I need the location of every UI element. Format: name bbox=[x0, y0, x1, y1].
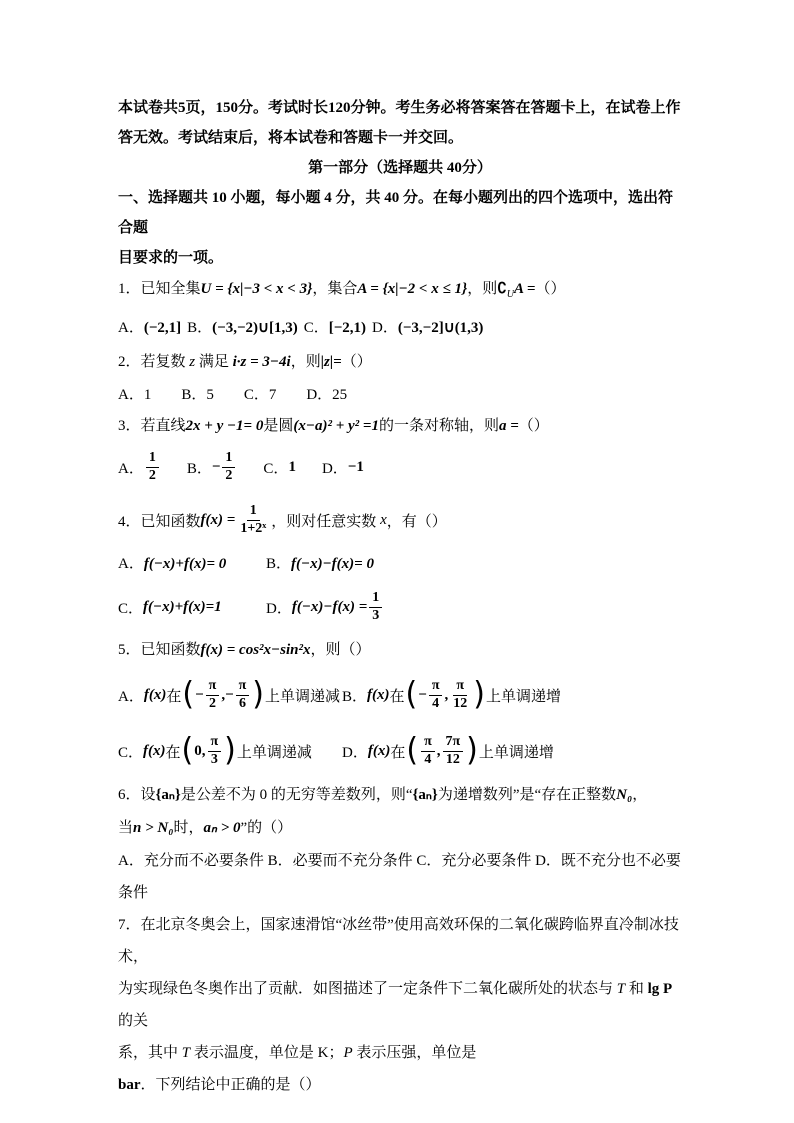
fraction-denominator: 2 bbox=[206, 696, 219, 713]
q3-text-2: 是圆 bbox=[263, 418, 293, 434]
part-one-title: 第一部分（选择题共 40分） bbox=[118, 153, 682, 183]
q6-text-3: 为递增数列”是“存在正整数 bbox=[438, 787, 616, 803]
question-1-options: A．(−2,1]B．(−3,−2)∪[1,3)C．[−2,1)D．(−3,−2]… bbox=[118, 311, 682, 345]
q6-text-2: 是公差不为 0 的无穷等差数列，则“ bbox=[181, 787, 413, 803]
q4-option-d-label: D． bbox=[266, 597, 292, 618]
q3-option-c-value: 1 bbox=[288, 459, 296, 476]
q5-option-c: C．f(x)在(0,π3)上单调递减 bbox=[118, 734, 342, 769]
q4-text-1: 4．已知函数 bbox=[118, 510, 201, 531]
q7-variable-p: P bbox=[343, 1045, 352, 1061]
q5-option-a-fraction-1: π2 bbox=[206, 678, 220, 713]
fraction-numerator: π bbox=[453, 678, 467, 696]
q5-option-b-tail: 上单调递增 bbox=[486, 685, 561, 706]
question-5-stem: 5．已知函数f(x) = cos²x−sin²x，则（） bbox=[118, 633, 682, 667]
q5-option-d-tail: 上单调递增 bbox=[479, 741, 554, 762]
q2-text-3: ，则 bbox=[291, 354, 321, 370]
q4-option-d-fraction: 13 bbox=[369, 590, 382, 625]
fraction-denominator: 2 bbox=[222, 468, 235, 485]
q7-text-7: ．下列结论中正确的是（） bbox=[141, 1077, 321, 1093]
q6-sequence-notation-1: {aₙ} bbox=[156, 787, 181, 803]
q5-option-b-fraction-2: π12 bbox=[450, 678, 470, 713]
q5-option-c-sign-1: 0, bbox=[194, 743, 205, 760]
q5-option-c-fx: f(x) bbox=[143, 743, 166, 760]
q2-answer-paren: （） bbox=[342, 354, 372, 370]
q6-n-greater-formula: n > N₀ bbox=[133, 820, 173, 836]
q6-text-7: ”的（） bbox=[241, 820, 293, 836]
q6-text-5: 当 bbox=[118, 820, 133, 836]
question-1-stem: 1．已知全集U = {x|−3 < x < 3}，集合A = {x|−2 < x… bbox=[118, 273, 682, 311]
q7-bar-unit: bar bbox=[118, 1077, 141, 1093]
q1-option-a-label: A． bbox=[118, 320, 144, 336]
fraction-denominator: 6 bbox=[236, 696, 249, 713]
q1-option-c-value: [−2,1) bbox=[329, 320, 366, 336]
question-7-stem-line-2: 为实现绿色冬奥作出了贡献．如图描述了一定条件下二氧化碳所处的状态与 T 和 lg… bbox=[118, 973, 682, 1037]
fraction-denominator: 12 bbox=[443, 752, 463, 769]
q5-text-2: ，则（） bbox=[310, 642, 370, 658]
q4-option-a: A．f(−x)+f(x)= 0 bbox=[118, 547, 266, 581]
question-2-stem: 2．若复数 z 满足 i·z = 3−4i，则|z|=（） bbox=[118, 345, 682, 379]
q3-text-3: 的一条对称轴，则 bbox=[379, 418, 499, 434]
q5-option-c-label: C． bbox=[118, 741, 143, 762]
close-paren: ) bbox=[473, 679, 485, 711]
open-paren: ( bbox=[406, 735, 418, 767]
q5-option-a-label: A． bbox=[118, 685, 144, 706]
q5-option-a-fx: f(x) bbox=[144, 687, 167, 704]
q2-modulus-formula: |z|= bbox=[321, 354, 342, 370]
q3-option-d-value: −1 bbox=[348, 459, 364, 476]
q4-option-c: C．f(−x)+f(x)=1 bbox=[118, 597, 266, 618]
q7-text-4: 系，其中 bbox=[118, 1045, 182, 1061]
q5-option-b-fraction-1: π4 bbox=[429, 678, 443, 713]
question-6-options: A．充分而不必要条件 B．必要而不充分条件 C．充分必要条件 D．既不充分也不必… bbox=[118, 845, 682, 909]
question-5-options-row-2: C．f(x)在(0,π3)上单调递减 D．f(x)在(π4,7π12)上单调递增 bbox=[118, 723, 682, 779]
q5-option-c-zai: 在 bbox=[166, 741, 181, 762]
q2-text-1: 2．若复数 bbox=[118, 354, 189, 370]
fraction-denominator: 3 bbox=[369, 608, 382, 625]
q7-variable-t-2: T bbox=[182, 1045, 190, 1061]
question-6-stem-line-1: 6．设{aₙ}是公差不为 0 的无穷等差数列，则“{aₙ}为递增数列”是“存在正… bbox=[118, 779, 682, 811]
q5-option-b-label: B． bbox=[342, 685, 367, 706]
fraction-numerator: π bbox=[208, 734, 222, 752]
q3-text-1: 3．若直线 bbox=[118, 418, 186, 434]
q3-option-b-minus: − bbox=[212, 459, 221, 476]
q5-option-a-fraction-2: π6 bbox=[236, 678, 250, 713]
fraction-denominator: 12 bbox=[450, 696, 470, 713]
q3-a-equals: a = bbox=[499, 418, 519, 434]
fraction-denominator: 1+2ˣ bbox=[237, 521, 269, 538]
q7-lgp-formula: lg P bbox=[648, 981, 673, 997]
q5-option-a-separator: ,− bbox=[221, 687, 233, 704]
q1-option-b-label: B． bbox=[187, 320, 212, 336]
q5-option-a-zai: 在 bbox=[166, 685, 181, 706]
question-4-options-row-1: A．f(−x)+f(x)= 0B．f(−x)−f(x)= 0 bbox=[118, 547, 682, 581]
q1-text-1: 1．已知全集 bbox=[118, 281, 201, 297]
q7-text-1: 为实现绿色冬奥作出了贡献．如图描述了一定条件下二氧化碳所处的状态与 bbox=[118, 981, 617, 997]
fraction-numerator: π bbox=[429, 678, 443, 696]
open-paren: ( bbox=[406, 679, 418, 711]
q1-complement-subscript: U bbox=[507, 289, 514, 300]
q5-option-b-fx: f(x) bbox=[367, 687, 390, 704]
q3-option-b-label: B． bbox=[187, 457, 212, 478]
fraction-numerator: 7π bbox=[443, 734, 464, 752]
intro-line-1: 本试卷共5页，150分。考试时长120分钟。考生务必将答案答在答题卡上，在试卷上… bbox=[118, 93, 682, 123]
question-2-options: A．1 B．5 C．7 D．25 bbox=[118, 379, 682, 411]
q4-variable-x: x bbox=[380, 512, 387, 529]
q4-function-fraction: 11+2ˣ bbox=[237, 503, 269, 538]
q1-answer-paren: （） bbox=[535, 281, 565, 297]
q3-line-equation: 2x + y −1= 0 bbox=[186, 418, 264, 434]
q1-set-a-formula: A = {x|−2 < x ≤ 1} bbox=[357, 281, 467, 297]
question-3-options: A． 12 B． − 12 C． 1 D． −1 bbox=[118, 441, 682, 493]
q7-text-6: 表示压强，单位是 bbox=[353, 1045, 481, 1061]
q1-option-a-value: (−2,1] bbox=[144, 320, 181, 336]
fraction-numerator: 1 bbox=[247, 503, 260, 521]
q5-option-c-tail: 上单调递减 bbox=[237, 741, 312, 762]
question-3-stem: 3．若直线2x + y −1= 0是圆(x−a)² + y² =1的一条对称轴，… bbox=[118, 411, 682, 441]
q1-option-d-value: (−3,−2]∪(1,3) bbox=[398, 320, 484, 336]
q1-text-3: ，则 bbox=[467, 281, 497, 297]
q6-an-positive-formula: aₙ > 0 bbox=[203, 820, 240, 836]
q3-answer-paren: （） bbox=[519, 418, 549, 434]
q6-text-1: 6．设 bbox=[118, 787, 156, 803]
q5-option-b-sign-1: − bbox=[418, 687, 427, 704]
q5-option-d-fraction-2: 7π12 bbox=[443, 734, 464, 769]
fraction-numerator: 1 bbox=[222, 450, 235, 468]
q6-text-4: ， bbox=[632, 787, 647, 803]
q1-universal-set-formula: U = {x|−3 < x < 3} bbox=[201, 281, 313, 297]
q5-option-d-label: D． bbox=[342, 741, 368, 762]
q5-option-a-tail: 上单调递减 bbox=[265, 685, 340, 706]
q5-option-a-sign-1: − bbox=[195, 687, 204, 704]
q3-circle-equation: (x−a)² + y² =1 bbox=[293, 418, 379, 434]
q1-text-2: ，集合 bbox=[312, 281, 357, 297]
q4-option-a-value: f(−x)+f(x)= 0 bbox=[144, 547, 226, 581]
q5-option-d-fraction-1: π4 bbox=[421, 734, 435, 769]
q1-option-b-value: (−3,−2)∪[1,3) bbox=[212, 320, 298, 336]
fraction-numerator: π bbox=[236, 678, 250, 696]
q5-option-d-fx: f(x) bbox=[368, 743, 391, 760]
fraction-denominator: 4 bbox=[429, 696, 442, 713]
q4-text-2: ，则对任意实数 bbox=[271, 510, 380, 531]
exam-page: 本试卷共5页，150分。考试时长120分钟。考生务必将答案答在答题卡上，在试卷上… bbox=[0, 0, 794, 1101]
q5-option-d-separator: , bbox=[437, 743, 441, 760]
fraction-numerator: π bbox=[206, 678, 220, 696]
fraction-denominator: 3 bbox=[208, 752, 221, 769]
q6-sequence-notation-2: {aₙ} bbox=[413, 787, 438, 803]
q5-option-d-zai: 在 bbox=[390, 741, 405, 762]
question-5-options-row-1: A．f(x)在(−π2,−π6)上单调递减 B．f(x)在(−π4,π12)上单… bbox=[118, 667, 682, 723]
q4-option-a-label: A． bbox=[118, 547, 144, 581]
q6-text-6: 时， bbox=[173, 820, 203, 836]
q6-n0-symbol: N₀ bbox=[616, 787, 632, 803]
q2-text-2: 满足 bbox=[195, 354, 233, 370]
fraction-numerator: 1 bbox=[146, 450, 159, 468]
question-7-stem-line-1: 7．在北京冬奥会上，国家速滑馆“冰丝带”使用高效环保的二氧化碳跨临界直冷制冰技术… bbox=[118, 909, 682, 973]
q7-text-5: 表示温度，单位是 K； bbox=[190, 1045, 343, 1061]
q1-option-c-label: C． bbox=[304, 320, 329, 336]
fraction-numerator: 1 bbox=[369, 590, 382, 608]
open-paren: ( bbox=[182, 679, 194, 711]
q7-text-2: 和 bbox=[625, 981, 648, 997]
question-6-stem-line-2: 当n > N₀时，aₙ > 0”的（） bbox=[118, 811, 682, 845]
close-paren: ) bbox=[252, 679, 264, 711]
q3-option-c-label: C． bbox=[263, 457, 288, 478]
q4-function-lhs: f(x) = bbox=[201, 512, 236, 529]
question-4-options-row-2: C．f(−x)+f(x)=1 D． f(−x)−f(x) = 13 bbox=[118, 581, 682, 633]
fraction-numerator: π bbox=[421, 734, 435, 752]
q4-option-d-value: f(−x)−f(x) = bbox=[292, 599, 367, 616]
q4-option-c-value: f(−x)+f(x)=1 bbox=[143, 599, 222, 616]
q3-option-b-fraction: 12 bbox=[222, 450, 235, 485]
open-paren: ( bbox=[182, 735, 194, 767]
q4-option-c-label: C． bbox=[118, 597, 143, 618]
q1-complement-formula: A = bbox=[514, 281, 535, 297]
q4-text-3: ，有（） bbox=[387, 510, 447, 531]
q3-option-a-fraction: 12 bbox=[146, 450, 159, 485]
q4-option-b-value: f(−x)−f(x)= 0 bbox=[291, 556, 374, 572]
fraction-denominator: 4 bbox=[421, 752, 434, 769]
q1-complement-symbol: ∁ bbox=[497, 281, 507, 297]
q3-option-d-label: D． bbox=[322, 457, 348, 478]
q5-option-b-separator: , bbox=[444, 687, 448, 704]
close-paren: ) bbox=[466, 735, 478, 767]
question-7-stem-line-3: 系，其中 T 表示温度，单位是 K；P 表示压强，单位是 bar．下列结论中正确… bbox=[118, 1037, 682, 1101]
q5-option-b-zai: 在 bbox=[390, 685, 405, 706]
close-paren: ) bbox=[224, 735, 236, 767]
q2-equation: i·z = 3−4i bbox=[233, 354, 291, 370]
q1-option-d-label: D． bbox=[372, 320, 398, 336]
question-4-stem: 4．已知函数 f(x) = 11+2ˣ ，则对任意实数 x ，有（） bbox=[118, 493, 682, 547]
q3-option-a-label: A． bbox=[118, 457, 144, 478]
q5-option-a: A．f(x)在(−π2,−π6)上单调递减 bbox=[118, 678, 342, 713]
intro-line-2: 答无效。考试结束后，将本试卷和答题卡一并交回。 bbox=[118, 123, 682, 153]
fraction-denominator: 2 bbox=[146, 468, 159, 485]
q5-text-1: 5．已知函数 bbox=[118, 642, 201, 658]
q4-option-b-label: B． bbox=[266, 556, 291, 572]
q7-variable-t-1: T bbox=[617, 981, 625, 997]
q5-option-c-fraction-1: π3 bbox=[208, 734, 222, 769]
selection-instructions-line-1: 一、选择题共 10 小题，每小题 4 分，共 40 分。在每小题列出的四个选项中… bbox=[118, 183, 682, 243]
selection-instructions-line-2: 目要求的一项。 bbox=[118, 243, 682, 273]
q5-function-formula: f(x) = cos²x−sin²x bbox=[201, 642, 311, 658]
